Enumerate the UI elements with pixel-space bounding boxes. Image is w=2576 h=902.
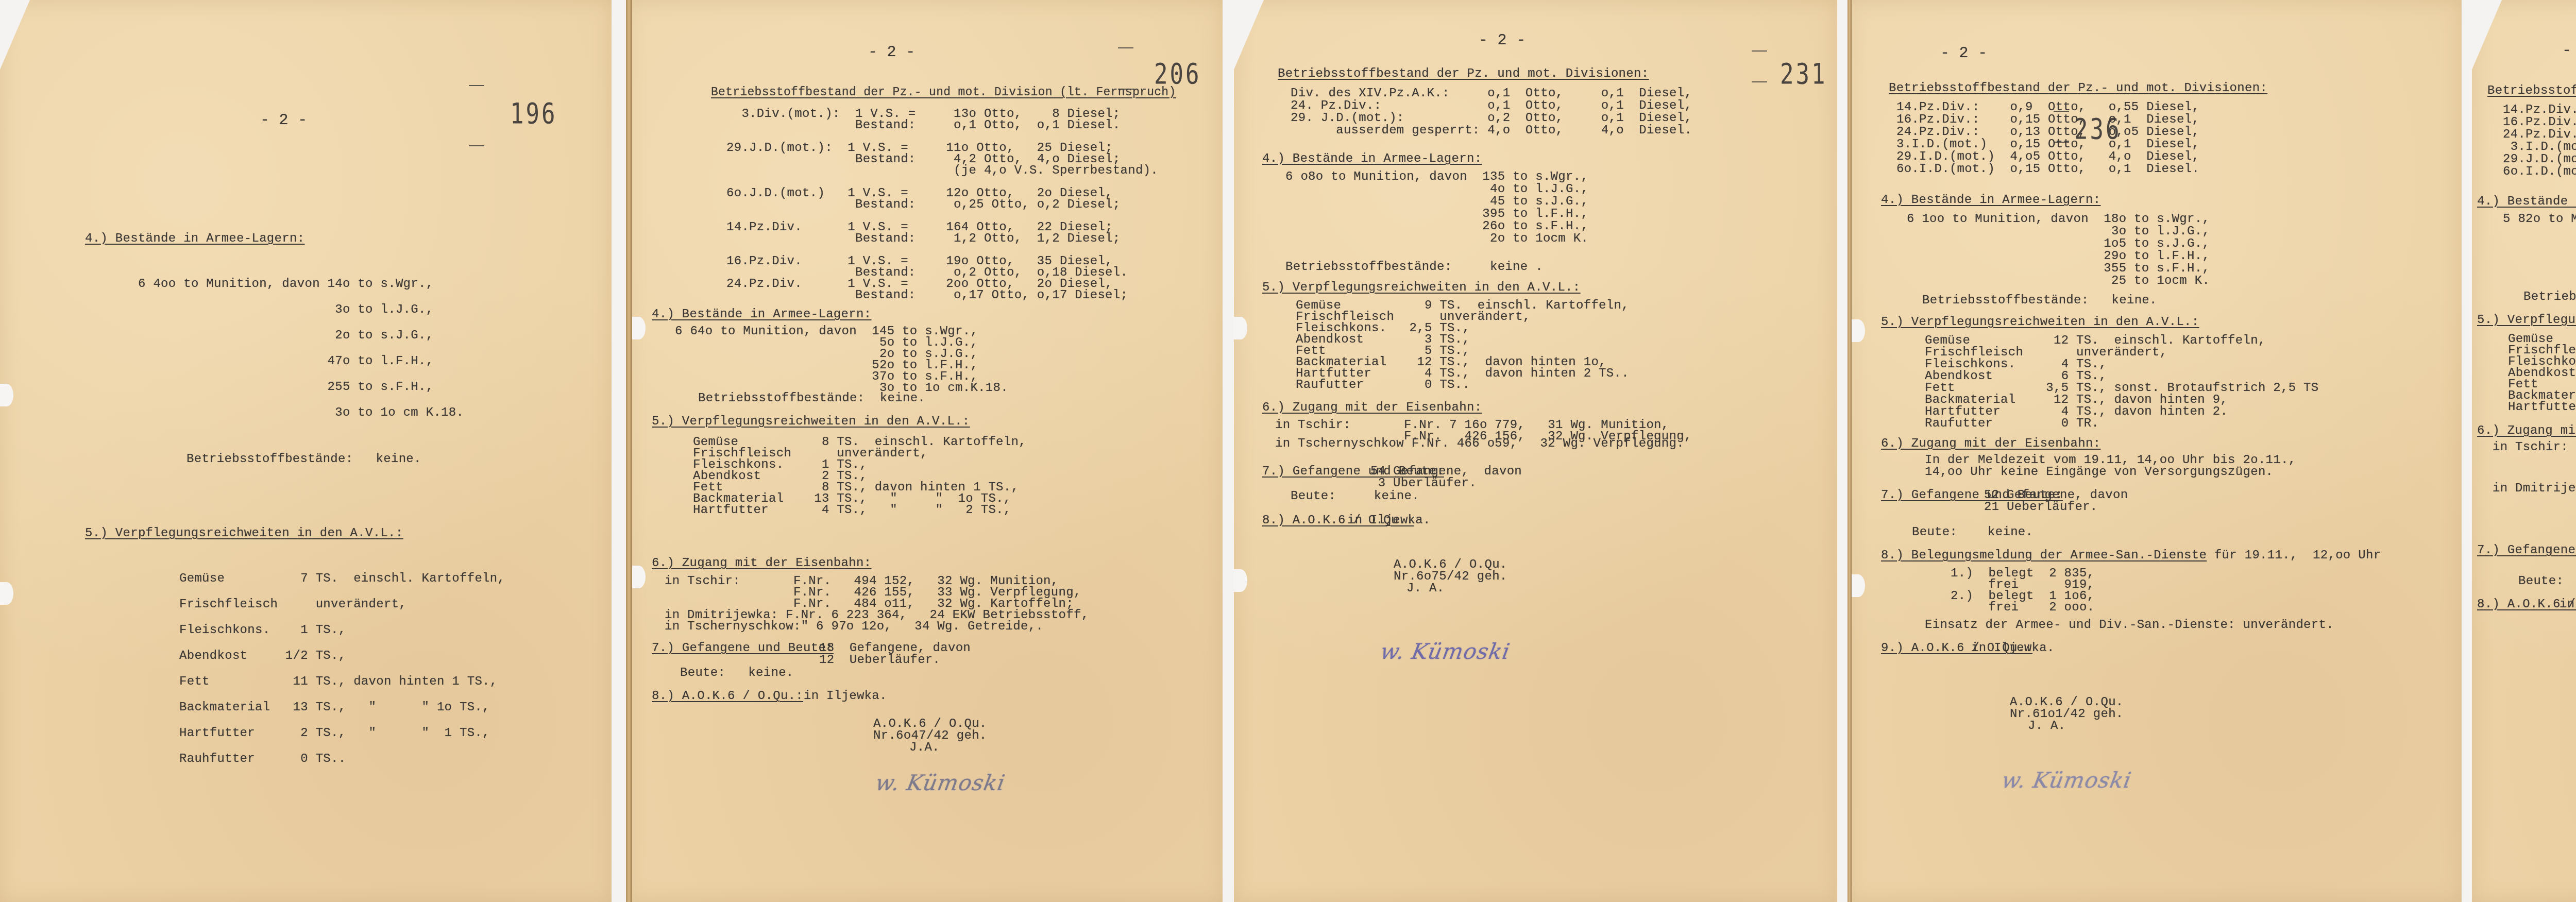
loot-line: Beute: keine.: [1912, 525, 2033, 540]
document-page-243: - 2 - 243 Betriebsstoffbestand der Pz.- …: [2472, 0, 2576, 902]
loot-line: Beute: keine.: [2518, 574, 2576, 589]
division-fuel-line: ausserdem gesperrt: 4,o Otto, 4,o Diesel…: [1291, 124, 1692, 138]
loot-line: Beute: keine.: [680, 666, 794, 680]
hq-location: in Iljewka.: [804, 689, 887, 704]
ammo-stock-list: 5 82o to Munition, davon 15o to s.Wgr., …: [2503, 212, 2576, 288]
provision-line: Hartfutter 4 TS., " " 2 TS.,: [693, 503, 1026, 518]
document-page-236: - 2 - 236 Betriebsstoffbestand der Pz.- …: [1848, 0, 2462, 902]
page-number-marker: - 2 -: [1940, 46, 1988, 61]
punch-hole: [1234, 569, 1247, 592]
reference-number: Nr.61o1/42 geh.: [2010, 707, 2124, 722]
provisions-list: Gemüse 1o TS. einschl. Kartoffeln, Frisc…: [2508, 332, 2576, 415]
section-4-heading: 4.) Bestände in Armee-Lagern:: [652, 308, 871, 322]
section-6-heading: 6.) Zugang mit der Eisenbahn:: [1881, 437, 2100, 451]
division-fuel-line: Bestand: o,25 Otto, o,2 Diesel;: [726, 198, 1158, 212]
fuel-stocks-line: Betriebsstoffbestände: keine.: [2523, 290, 2576, 304]
rail-arrival-line: 14,oo Uhr keine Eingänge von Versorgungs…: [1925, 465, 2273, 480]
section-4-heading: 4.) Bestände in Armee-Lagern:: [1881, 193, 2100, 208]
rail-arrival-line: in Tschernyschkow F.Nr. 466 o59, 32 Wg. …: [1275, 437, 1692, 451]
page-number-marker: - 2 -: [1479, 33, 1526, 48]
deserters-line: 12 Ueberläufer.: [819, 653, 940, 668]
ammo-stock-list: 6 1oo to Munition, davon 18o to s.Wgr., …: [1907, 212, 2210, 288]
division-fuel-line: Bestand: o,1 Otto, o,1 Diesel.: [726, 118, 1158, 133]
section-6-heading: 6.) Zugang mit der Eisenbahn:: [652, 556, 871, 571]
medical-services-note: Einsatz der Armee- und Div.-San.-Dienste…: [1925, 618, 2334, 633]
hq-location: in Iljewka.: [1347, 514, 1431, 528]
section-8-heading-date: für 19.11., 12,oo Uhr: [2207, 549, 2381, 563]
punch-hole: [632, 317, 646, 339]
bed-occupancy-list: 1.) belegt 2 835, frei 919, 2.) belegt 1…: [1951, 567, 2094, 615]
section-6-heading: 6.) Zugang mit der Eisenbahn:: [1262, 401, 1482, 415]
division-fuel-list: Div. des XIV.Pz.A.K.: o,1 Otto, o,1 Dies…: [1291, 87, 1692, 138]
provisions-list: Gemüse 9 TS. einschl. Kartoffeln, Frisch…: [1296, 299, 1629, 393]
deserters-line: 3 Überläufer.: [1370, 476, 1477, 491]
section-8-heading: 8.) Belegungsmeldung der Armee-San.-Dien…: [1881, 549, 2207, 563]
fuel-stock-heading: Betriebsstoffbestand der Pz. und mot. Di…: [1278, 67, 1649, 81]
stamp-bracket: [1752, 50, 1767, 52]
ammo-stock-list: 6 o8o to Munition, davon 135 to s.Wgr., …: [1285, 170, 1588, 246]
section-8-heading: 8.) A.O.K.6 / O.Qu.:: [652, 689, 803, 704]
fuel-stocks-line: Betriebsstoffbestände: keine.: [1922, 294, 2157, 308]
rail-arrival-line: in Dmitrijewka: F.Nr. 6 223262, 26 EKW. …: [2493, 482, 2576, 496]
page-196-sections-6-8: 6.) Zugang mit der Eisenbahn:: [0, 0, 612, 902]
stamp-bracket: [1118, 47, 1133, 48]
handwritten-signature: w. Kümoski: [2000, 768, 2133, 793]
section-4-heading: 4.) Bestände in den Armee-Lagern:: [2477, 195, 2576, 209]
binder-edge: [1848, 0, 1852, 902]
punch-hole: [1234, 317, 1247, 339]
ammo-stock-list: 6 64o to Munition, davon 145 to s.Wgr., …: [675, 325, 1008, 396]
provisions-list: Gemüse 8 TS. einschl. Kartoffeln, Frisch…: [693, 435, 1026, 518]
division-fuel-list: 3.Div.(mot.): 1 V.S. = 13o Otto, 8 Diese…: [726, 107, 1158, 303]
section-5-heading: 5.) Verpflegungsreichweiten in den A.V.L…: [1881, 315, 2199, 330]
occupancy-line: frei 2 ooo.: [1951, 601, 2094, 615]
section-5-heading: 5.) Verpflegungsreichweiten in den A.V.L…: [1262, 281, 1581, 295]
ammo-line: 2o to 1ocm K.: [1285, 232, 1588, 246]
handwritten-signature: w. Kümoski: [874, 770, 1007, 795]
ammo-line: 3o to 1ocm.K.18.: [2503, 274, 2576, 288]
fuel-stock-heading: Betriebsstoffbestand der Pz.- und mot. D…: [1889, 81, 2267, 96]
rail-arrivals-list: in Tschir: F.Nr. 7 16o 779, 31 Wg. Munit…: [1275, 418, 1692, 451]
fuel-stock-heading: Betriebsstoffbestand der Pz.- und mot. D…: [2487, 84, 2576, 98]
fuel-stock-heading: Betriebsstoffbestand der Pz.- und mot. D…: [711, 85, 1176, 99]
rail-arrival-line: in Tschernyschkow:" 6 97o 12o, 34 Wg. Ge…: [665, 620, 1089, 634]
division-fuel-line: 6o.I.D.(mot.) o,22 Otto, o,11 Diesel;: [2503, 165, 2576, 179]
division-fuel-line: 6o.I.D.(mot.) o,15 Otto, o,1 Diesel.: [1896, 162, 2199, 177]
reference-ia: J.A.: [909, 741, 940, 755]
hq-location: in Iljewka.: [1971, 641, 2055, 656]
division-fuel-line: Bestand: 1,2 Otto, 1,2 Diesel;: [726, 232, 1158, 246]
binder-edge: [626, 0, 632, 902]
section-4-heading: 4.) Bestände in Armee-Lagern:: [1262, 152, 1482, 166]
division-fuel-list: 14.Pz.Div.: o,9 Otto, o,55 Diesel, 16.Pz…: [1896, 100, 2199, 177]
section-6-heading: 6.) Zugang mit der Eisenbahn:: [2477, 424, 2576, 438]
section-8-heading-row: 8.) Belegungsmeldung der Armee-San.-Dien…: [1881, 549, 2381, 563]
division-fuel-line: Bestand: o,17 Otto, o,17 Diesel;: [726, 288, 1158, 303]
fuel-stocks-line: Betriebsstoffbestände: keine .: [1285, 260, 1543, 275]
provisions-list: Gemüse 12 TS. einschl. Kartoffeln, Frisc…: [1925, 334, 2319, 431]
page-number-marker: - 2 -: [868, 45, 916, 60]
fuel-stocks-line: Betriebsstoffbestände: keine.: [698, 392, 925, 406]
punch-hole: [1852, 574, 1865, 597]
section-7-heading: 7.) Gefangene und Beute:: [2477, 543, 2576, 558]
ammo-line: 25 to 1ocm K.: [1907, 274, 2210, 288]
section-7-heading: 7.) Gefangene und Beute:: [652, 641, 834, 656]
deserters-line: 21 Ueberläufer.: [1984, 500, 2098, 515]
reference-ia: J. A.: [2028, 719, 2066, 734]
stamp-bracket: [1752, 81, 1767, 82]
archive-stamp-number: 231: [1780, 58, 1827, 91]
section-5-heading: 5.) Verpflegungsreichweiten in den A.V.L…: [652, 415, 970, 429]
hq-location: in Iljewka.: [2560, 598, 2576, 612]
provision-line: Hartfutter 3,5 TS., davon hinten 2,: [2508, 400, 2576, 415]
punch-hole: [1852, 319, 1865, 342]
division-fuel-list: 14.Pz.Div. o,63 Otto, o,27 Diesel, 16.Pz…: [2503, 103, 2576, 179]
division-fuel-line: (je 4,o V.S. Sperrbestand).: [726, 164, 1158, 178]
provision-line: Raufutter 0 TR.: [1925, 417, 2319, 431]
document-page-231: - 2 - 231 Betriebsstoffbestand der Pz. u…: [1234, 0, 1837, 902]
page-number-marker: - 2 -: [2562, 44, 2576, 58]
document-page-206: - 2 - 206 Betriebsstoffbestand der Pz.- …: [626, 0, 1223, 902]
loot-line: Beute: keine.: [1291, 489, 1419, 504]
section-5-heading: 5.) Verpflegungsreichweiten in den A.V.L…: [2477, 313, 2576, 328]
rail-arrivals-list: in Tschir: F.Nr. 494 152, 32 Wg. Munitio…: [665, 574, 1089, 634]
punch-hole: [632, 566, 646, 588]
rail-arrivals-list: in Tschir: F.Nr. 426 113, 7 Wg. Betriebs…: [2493, 440, 2576, 496]
handwritten-signature: w. Kümoski: [1379, 639, 1512, 664]
reference-ia: J. A.: [1406, 582, 1445, 596]
provision-line: Raufutter 0 TS..: [1296, 378, 1629, 393]
